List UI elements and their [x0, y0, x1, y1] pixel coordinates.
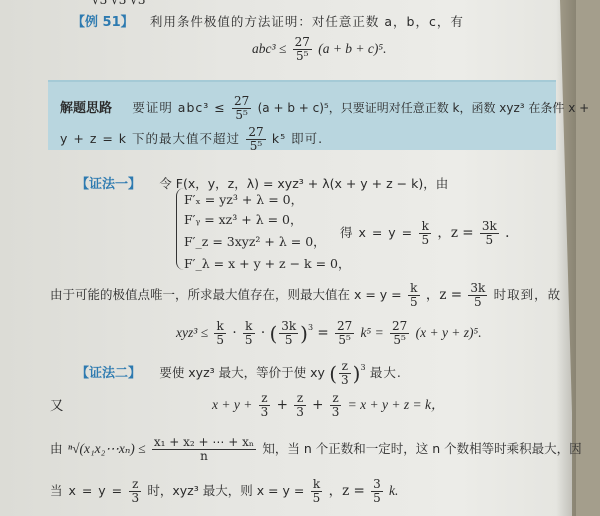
result-prefix: 得 x = y = — [340, 225, 413, 240]
sum-frac-3: z3 — [330, 392, 342, 419]
proof1-heading: 【证法一】 令 F(x，y，z，λ) = xyz³ + λ(x + y + z … — [76, 176, 448, 193]
hint-frac-2: 275⁵ — [246, 126, 265, 153]
k5: k⁵ = — [361, 325, 384, 340]
header-fragment: √3 √3 √3 — [92, 0, 145, 8]
final-frac-2: k5 — [243, 320, 255, 347]
last-mid2: ，z = — [329, 483, 365, 499]
example-statement: 利用条件极值的方法证明：对任意正数 a，b，c，有 — [150, 14, 464, 29]
hint-frac-1: 275⁵ — [232, 95, 251, 122]
system-eq-3: F′_z = 3xyz² + λ = 0， — [184, 234, 326, 250]
dot-1: · — [232, 325, 236, 341]
you-label: 又 — [50, 398, 64, 414]
last-mid: 时，xyz³ 最大，则 x = y = — [147, 483, 304, 498]
result-frac-2: 3k5 — [480, 220, 499, 247]
plus-2: + — [312, 397, 323, 413]
result-frac-1: k5 — [419, 220, 431, 247]
equals: = — [317, 325, 328, 341]
last-end: k. — [389, 483, 398, 498]
proof2-frac: z3 — [339, 360, 351, 387]
result-mid: ，z = — [437, 225, 473, 241]
sum-frac-2: z3 — [294, 392, 306, 419]
amgm-suffix: 知，当 n 个正数和一定时，这 n 个数相等时乘积最大，因 — [262, 441, 581, 456]
sum-frac-1: z3 — [259, 392, 271, 419]
last-frac-3: 35 — [371, 478, 383, 505]
amgm-line: 由 ⁿ√(x₁x₂⋯xₙ) ≤ x₁ + x₂ + ⋯ + xₙn 知，当 n … — [50, 436, 582, 463]
ineq-frac: 275⁵ — [293, 36, 312, 63]
proof1-conclusion: 由于可能的极值点唯一，所求最大值存在，则最大值在 x = y = k5 ，z =… — [50, 282, 561, 309]
hint-line2-prefix: y + z = k 下的最大值不超过 — [60, 131, 240, 146]
final-tail: (x + y + z)⁵. — [416, 325, 482, 340]
ineq-rhs: (a + b + c)⁵. — [318, 41, 386, 56]
last-prefix: 当 x = y = — [50, 483, 123, 498]
system-eq-1: F′ₓ = yz³ + λ = 0， — [184, 192, 303, 208]
conclusion-mid: ，z = — [426, 287, 462, 303]
example-heading: 【例 51】 利用条件极值的方法证明：对任意正数 a，b，c，有 — [72, 14, 464, 31]
example-tag: 【例 51】 — [72, 15, 134, 30]
sum-end: = x + y + z = k， — [348, 397, 445, 412]
conclusion-prefix: 由于可能的极值点唯一，所求最大值存在，则最大值在 x = y = — [50, 287, 402, 302]
last-frac-1: z3 — [129, 478, 141, 505]
hint-suffix: (a + b + c)⁵，只要证明对任意正数 k，函数 xyz³ 在条件 x + — [258, 101, 590, 115]
final-frac-3: 3k5 — [279, 320, 298, 347]
hint-line2-suffix: k⁵ 即可. — [272, 131, 323, 146]
final-lhs: xyz³ ≤ — [176, 325, 208, 340]
sum-line: x + y + z3 + z3 + z3 = x + y + z = k， — [212, 392, 444, 419]
result-end: . — [505, 225, 509, 241]
last-line: 当 x = y = z3 时，xyz³ 最大，则 x = y = k5 ，z =… — [50, 478, 398, 505]
proof2-heading: 【证法二】 要使 xyz³ 最大，等价于使 xy (z3)3 最大. — [76, 360, 402, 387]
proof2-intro-end: 最大. — [370, 365, 402, 380]
ineq-lhs: abc³ ≤ — [252, 41, 286, 56]
plus-1: + — [277, 397, 288, 413]
final-frac-4: 275⁵ — [335, 320, 354, 347]
system-eq-4: F′_λ = x + y + z − k = 0， — [184, 256, 351, 272]
amgm-root: ⁿ√(x₁x₂⋯xₙ) ≤ — [68, 441, 146, 456]
hint-prefix: 要证明 abc³ ≤ — [132, 100, 225, 115]
power-3: 3 — [308, 323, 313, 332]
proof1-intro: 令 F(x，y，z，λ) = xyz³ + λ(x + y + z − k)，由 — [159, 176, 448, 191]
system-result: 得 x = y = k5 ，z = 3k5 . — [340, 220, 509, 247]
proof2-intro: 要使 xyz³ 最大，等价于使 xy — [159, 365, 325, 380]
proof1-tag: 【证法一】 — [76, 177, 141, 192]
sum-start: x + y + — [212, 397, 252, 412]
conclusion-end: 时取到，故 — [494, 287, 562, 302]
conclusion-frac-2: 3k5 — [468, 282, 487, 309]
proof2-tag: 【证法二】 — [76, 366, 141, 381]
hint-line-2: y + z = k 下的最大值不超过 275⁵ k⁵ 即可. — [60, 126, 323, 153]
example-inequality: abc³ ≤ 275⁵ (a + b + c)⁵. — [252, 36, 386, 63]
amgm-prefix: 由 — [50, 441, 64, 456]
conclusion-frac-1: k5 — [408, 282, 420, 309]
system-eq-2: F′ᵧ = xz³ + λ = 0， — [184, 212, 303, 228]
final-frac-1: k5 — [214, 320, 226, 347]
proof2-power: 3 — [360, 363, 365, 372]
last-frac-2: k5 — [311, 478, 323, 505]
hint-title: 解题思路 — [60, 101, 112, 116]
proof1-final: xyz³ ≤ k5 · k5 · (3k5)3 = 275⁵ k⁵ = 275⁵… — [176, 320, 482, 347]
hint-line-1: 解题思路 要证明 abc³ ≤ 275⁵ (a + b + c)⁵，只要证明对任… — [60, 95, 589, 122]
amgm-frac: x₁ + x₂ + ⋯ + xₙn — [152, 436, 256, 463]
dot-2: · — [261, 325, 265, 341]
final-frac-5: 275⁵ — [390, 320, 409, 347]
